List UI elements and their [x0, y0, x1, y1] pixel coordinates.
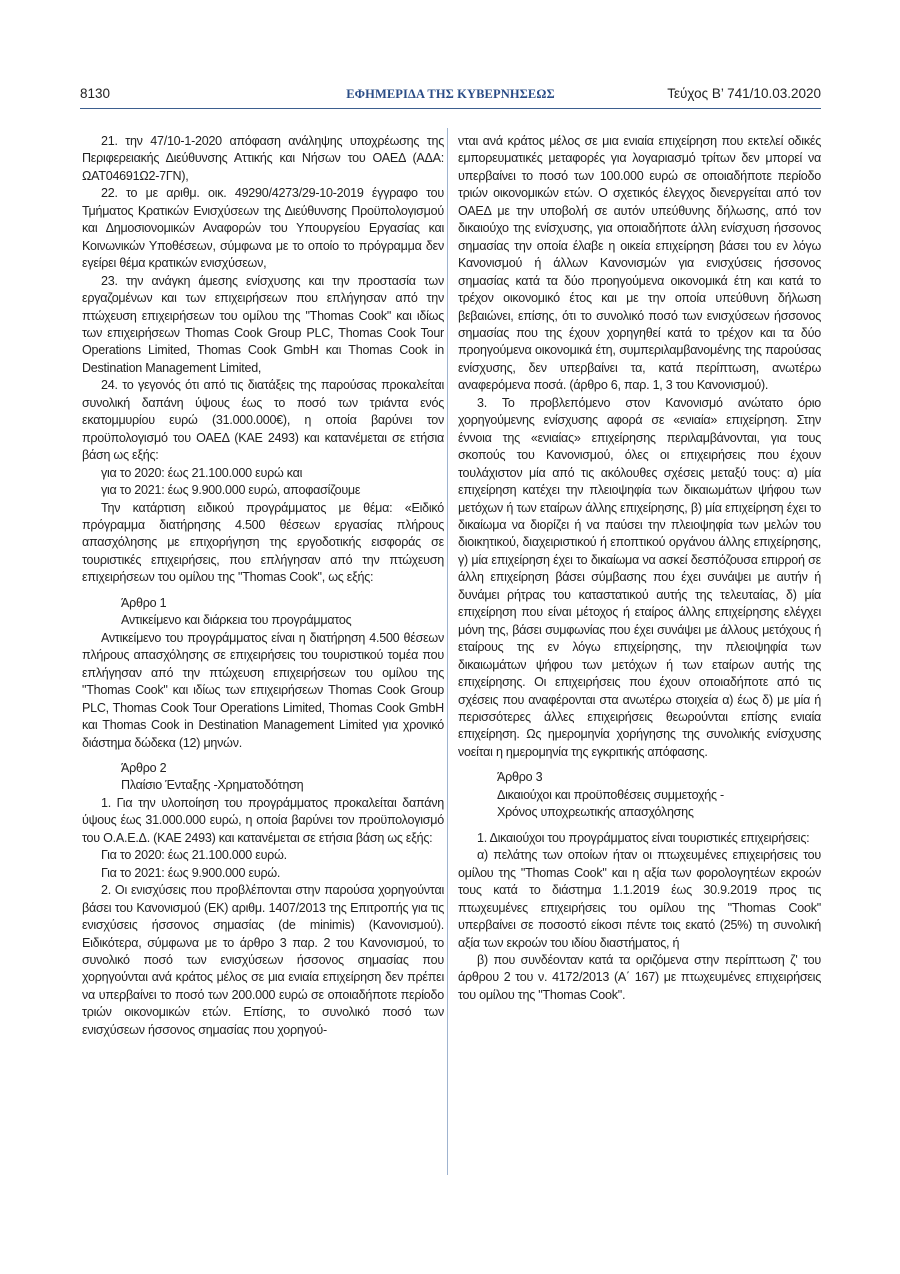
article-2-budget-2021: Για το 2021: έως 9.900.000 ευρώ.	[82, 865, 444, 882]
article-3-item-b: β) που συνδέονταν κατά τα οριζόμενα στην…	[458, 952, 821, 1004]
article-1-title: Αντικείμενο και διάρκεια του προγράμματο…	[121, 612, 444, 630]
budget-2021-line: για το 2021: έως 9.900.000 ευρώ, αποφασί…	[82, 482, 444, 499]
article-2-para-2-continued: νται ανά κράτος μέλος σε μια ενιαία επιχ…	[458, 133, 821, 395]
right-column: νται ανά κράτος μέλος σε μια ενιαία επιχ…	[458, 133, 821, 1004]
article-2-budget-2020: Για το 2020: έως 21.100.000 ευρώ.	[82, 847, 444, 864]
left-column: 21. την 47/10-1-2020 απόφαση ανάληψης υπ…	[82, 133, 444, 1039]
article-2-number: Άρθρο 2	[121, 760, 444, 778]
article-3-heading: Άρθρο 3 Δικαιούχοι και προϋποθέσεις συμμ…	[497, 769, 821, 822]
budget-2020-line: για το 2020: έως 21.100.000 ευρώ και	[82, 465, 444, 482]
recital-24: 24. το γεγονός ότι από τις διατάξεις της…	[82, 377, 444, 464]
article-2-heading: Άρθρο 2 Πλαίσιο Ένταξης -Χρηματοδότηση	[121, 760, 444, 795]
article-2-para-3: 3. Το προβλεπόμενο στον Κανονισμό ανώτατ…	[458, 395, 821, 762]
page-header: 8130 ΕΦΗΜΕΡΙΔΑ ΤΗΣ ΚΥΒΕΡΝΗΣΕΩΣ Τεύχος B’…	[80, 86, 821, 109]
article-2-para-2: 2. Οι ενισχύσεις που προβλέπονται στην π…	[82, 882, 444, 1039]
article-1-heading: Άρθρο 1 Αντικείμενο και διάρκεια του προ…	[121, 595, 444, 630]
issue-reference: Τεύχος B’ 741/10.03.2020	[667, 86, 821, 101]
decision-paragraph: Την κατάρτιση ειδικού προγράμματος με θέ…	[82, 500, 444, 587]
article-3-title-line-2: Χρόνος υποχρεωτικής απασχόλησης	[497, 804, 821, 822]
recital-21: 21. την 47/10-1-2020 απόφαση ανάληψης υπ…	[82, 133, 444, 185]
article-3-title-line-1: Δικαιούχοι και προϋποθέσεις συμμετοχής -	[497, 787, 821, 805]
article-2-para-1: 1. Για την υλοποίηση του προγράμματος πρ…	[82, 795, 444, 847]
recital-23: 23. την ανάγκη άμεσης ενίσχυσης και την …	[82, 273, 444, 378]
recital-22: 22. το με αριθμ. οικ. 49290/4273/29-10-2…	[82, 185, 444, 272]
article-1-body: Αντικείμενο του προγράμματος είναι η δια…	[82, 630, 444, 752]
article-3-item-a: α) πελάτης των οποίων ήταν οι πτωχευμένε…	[458, 847, 821, 952]
article-3-para-1: 1. Δικαιούχοι του προγράμματος είναι του…	[458, 830, 821, 847]
article-3-number: Άρθρο 3	[497, 769, 821, 787]
article-1-number: Άρθρο 1	[121, 595, 444, 613]
article-2-title: Πλαίσιο Ένταξης -Χρηματοδότηση	[121, 777, 444, 795]
column-divider	[447, 128, 448, 1175]
